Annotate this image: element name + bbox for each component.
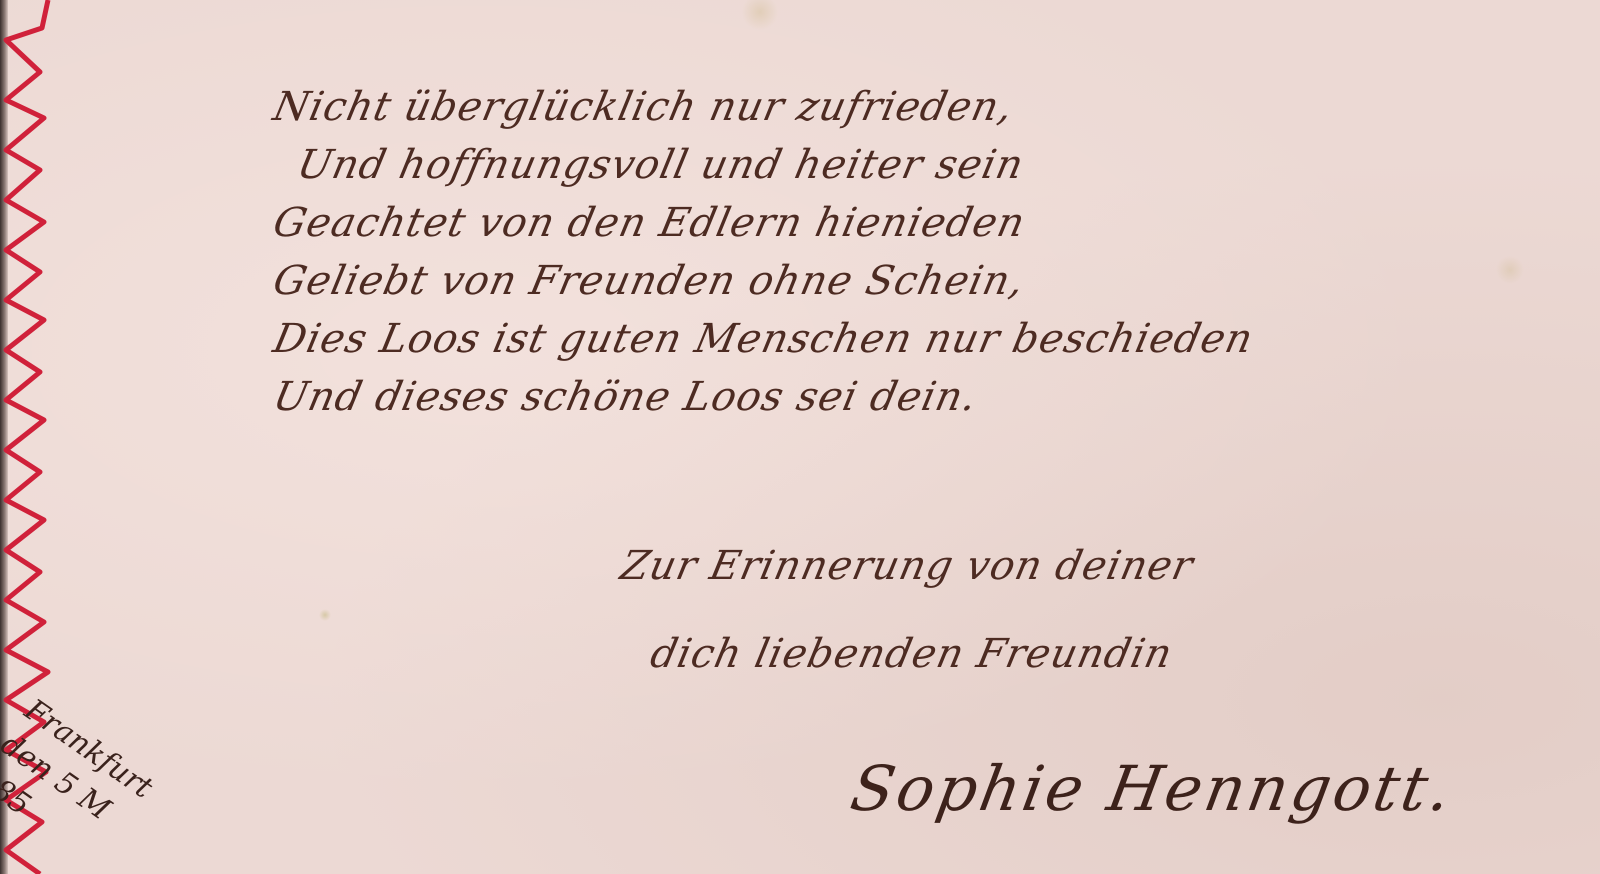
poem: Nicht überglücklich nur zufrieden, Und h…	[268, 78, 1568, 426]
poem-line-5: Dies Loos ist guten Menschen nur beschie…	[268, 310, 1580, 368]
poem-line-1: Nicht überglücklich nur zufrieden,	[268, 78, 1580, 136]
closing-line-1: Zur Erinnerung von deiner	[612, 522, 1531, 610]
closing-dedication: Zur Erinnerung von deiner dich liebenden…	[612, 522, 1512, 698]
closing-line-2: dich liebenden Freundin	[612, 610, 1531, 698]
poem-line-2: Und hoffnungsvoll und heiter sein	[268, 136, 1580, 194]
poem-line-6: Und dieses schöne Loos sei dein.	[268, 368, 1580, 426]
signature: Sophie Henngott.	[846, 752, 1460, 825]
poem-line-4: Geliebt von Freunden ohne Schein,	[268, 252, 1580, 310]
poem-line-3: Geachtet von den Edlern hienieden	[268, 194, 1580, 252]
